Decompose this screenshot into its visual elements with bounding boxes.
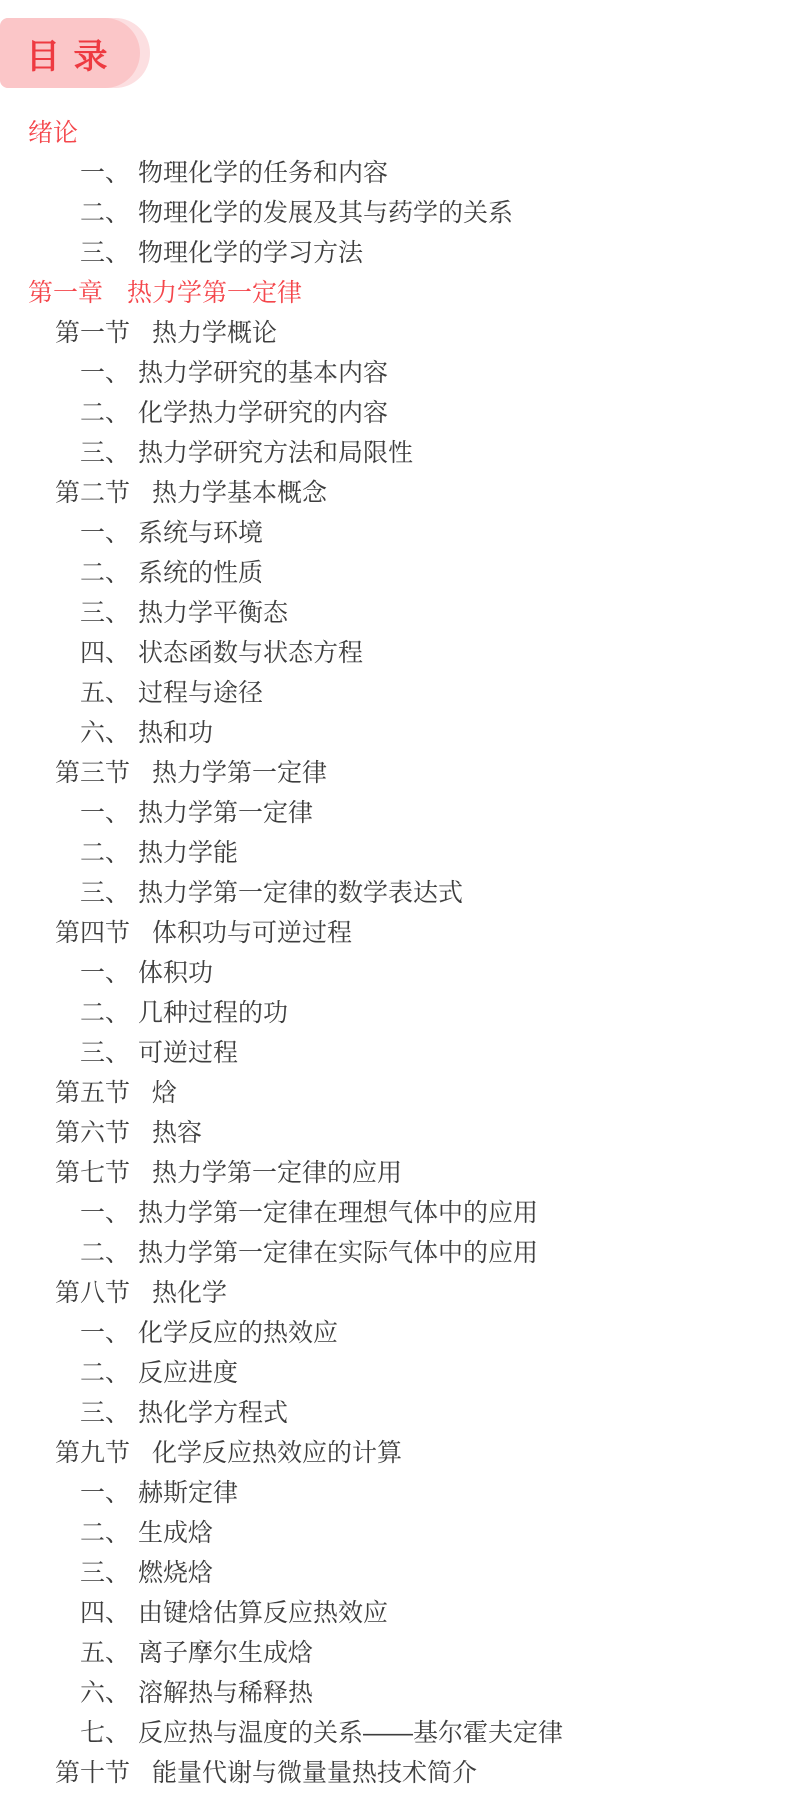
toc-item-row[interactable]: 二、系统的性质 xyxy=(0,553,790,593)
toc-item-title: 体积功 xyxy=(138,959,213,987)
toc-item-title: 生成焓 xyxy=(138,1519,213,1547)
toc-item-title: 热力学第一定律在实际气体中的应用 xyxy=(138,1239,538,1267)
toc-section-label: 第一节 xyxy=(55,319,130,347)
toc-item-number: 二、 xyxy=(80,1513,138,1553)
toc-item-row[interactable]: 三、热力学第一定律的数学表达式 xyxy=(0,873,790,913)
toc-item-number: 二、 xyxy=(80,833,138,873)
toc-item-number: 一、 xyxy=(80,153,138,193)
toc-item-row[interactable]: 三、热力学研究方法和局限性 xyxy=(0,433,790,473)
toc-section-row[interactable]: 第三节热力学第一定律 xyxy=(0,753,790,793)
toc-section-row[interactable]: 第二节热力学基本概念 xyxy=(0,473,790,513)
toc-item-number: 二、 xyxy=(80,1233,138,1273)
toc-section-row[interactable]: 第十节能量代谢与微量量热技术简介 xyxy=(0,1753,790,1793)
toc-item-row[interactable]: 三、热化学方程式 xyxy=(0,1393,790,1433)
toc-item-number: 五、 xyxy=(80,673,138,713)
toc-item-row[interactable]: 二、热力学能 xyxy=(0,833,790,873)
toc-item-title: 热力学能 xyxy=(138,839,238,867)
toc-section-title: 热力学第一定律的应用 xyxy=(152,1159,402,1187)
toc-section-title: 热化学 xyxy=(152,1279,227,1307)
toc-section-row[interactable]: 第六节热容 xyxy=(0,1113,790,1153)
toc-item-row[interactable]: 三、热力学平衡态 xyxy=(0,593,790,633)
toc-item-row[interactable]: 一、系统与环境 xyxy=(0,513,790,553)
toc-item-title: 反应进度 xyxy=(138,1359,238,1387)
toc-item-number: 一、 xyxy=(80,793,138,833)
toc-item-title: 溶解热与稀释热 xyxy=(138,1679,313,1707)
toc-item-row[interactable]: 二、物理化学的发展及其与药学的关系 xyxy=(0,193,790,233)
toc-item-title: 几种过程的功 xyxy=(138,999,288,1027)
toc-item-number: 二、 xyxy=(80,193,138,233)
toc-chapter-label: 第一章 xyxy=(28,279,103,307)
toc-item-title: 热力学研究的基本内容 xyxy=(138,359,388,387)
toc-section-row[interactable]: 第九节化学反应热效应的计算 xyxy=(0,1433,790,1473)
toc-item-row[interactable]: 一、热力学第一定律在理想气体中的应用 xyxy=(0,1193,790,1233)
toc-item-row[interactable]: 一、体积功 xyxy=(0,953,790,993)
toc-item-title: 热力学第一定律在理想气体中的应用 xyxy=(138,1199,538,1227)
toc-item-title: 燃烧焓 xyxy=(138,1559,213,1587)
toc-chapter-title: 热力学第一定律 xyxy=(127,279,302,307)
toc-item-title: 反应热与温度的关系——基尔霍夫定律 xyxy=(138,1719,563,1747)
toc-item-title: 化学热力学研究的内容 xyxy=(138,399,388,427)
toc-item-title: 热力学研究方法和局限性 xyxy=(138,439,413,467)
toc-item-title: 系统的性质 xyxy=(138,559,263,587)
toc-item-title: 由键焓估算反应热效应 xyxy=(138,1599,388,1627)
toc-item-number: 六、 xyxy=(80,713,138,753)
toc-item-number: 四、 xyxy=(80,1593,138,1633)
toc-item-title: 热化学方程式 xyxy=(138,1399,288,1427)
toc-item-number: 二、 xyxy=(80,393,138,433)
toc-section-label: 第九节 xyxy=(55,1439,130,1467)
toc-section-label: 第四节 xyxy=(55,919,130,947)
toc-item-title: 过程与途径 xyxy=(138,679,263,707)
toc-badge: 目 录 xyxy=(0,18,140,88)
toc-chapter-row[interactable]: 绪论 xyxy=(0,113,790,153)
toc-item-number: 一、 xyxy=(80,1473,138,1513)
toc-item-number: 一、 xyxy=(80,1193,138,1233)
toc-item-title: 可逆过程 xyxy=(138,1039,238,1067)
toc-item-row[interactable]: 三、物理化学的学习方法 xyxy=(0,233,790,273)
toc-item-row[interactable]: 五、离子摩尔生成焓 xyxy=(0,1633,790,1673)
toc-section-label: 第三节 xyxy=(55,759,130,787)
toc-item-title: 热力学第一定律的数学表达式 xyxy=(138,879,463,907)
toc-item-row[interactable]: 二、几种过程的功 xyxy=(0,993,790,1033)
toc-item-row[interactable]: 一、热力学研究的基本内容 xyxy=(0,353,790,393)
toc-section-label: 第二节 xyxy=(55,479,130,507)
toc-item-row[interactable]: 二、热力学第一定律在实际气体中的应用 xyxy=(0,1233,790,1273)
toc-item-number: 三、 xyxy=(80,233,138,273)
toc-item-number: 三、 xyxy=(80,593,138,633)
toc-item-row[interactable]: 五、过程与途径 xyxy=(0,673,790,713)
toc-section-title: 热力学第一定律 xyxy=(152,759,327,787)
toc-item-title: 热和功 xyxy=(138,719,213,747)
toc-section-label: 第十节 xyxy=(55,1759,130,1787)
toc-item-row[interactable]: 一、热力学第一定律 xyxy=(0,793,790,833)
toc-section-title: 体积功与可逆过程 xyxy=(152,919,352,947)
toc-item-number: 二、 xyxy=(80,1353,138,1393)
toc-item-row[interactable]: 四、由键焓估算反应热效应 xyxy=(0,1593,790,1633)
toc-section-row[interactable]: 第七节热力学第一定律的应用 xyxy=(0,1153,790,1193)
toc-section-title: 热力学基本概念 xyxy=(152,479,327,507)
toc-item-title: 热力学第一定律 xyxy=(138,799,313,827)
toc-item-number: 一、 xyxy=(80,353,138,393)
toc-item-number: 三、 xyxy=(80,433,138,473)
toc-chapter-row[interactable]: 第一章热力学第一定律 xyxy=(0,273,790,313)
toc-item-number: 二、 xyxy=(80,993,138,1033)
toc-item-number: 五、 xyxy=(80,1633,138,1673)
toc-item-number: 二、 xyxy=(80,553,138,593)
toc-item-number: 一、 xyxy=(80,513,138,553)
toc-section-title: 能量代谢与微量量热技术简介 xyxy=(152,1759,477,1787)
toc-item-row[interactable]: 一、化学反应的热效应 xyxy=(0,1313,790,1353)
toc-item-title: 热力学平衡态 xyxy=(138,599,288,627)
toc-item-number: 七、 xyxy=(80,1713,138,1753)
toc-item-number: 四、 xyxy=(80,633,138,673)
toc-item-row[interactable]: 三、可逆过程 xyxy=(0,1033,790,1073)
toc-item-title: 物理化学的发展及其与药学的关系 xyxy=(138,199,513,227)
toc-item-number: 三、 xyxy=(80,1553,138,1593)
toc-item-number: 三、 xyxy=(80,873,138,913)
toc-item-title: 物理化学的学习方法 xyxy=(138,239,363,267)
toc-item-title: 离子摩尔生成焓 xyxy=(138,1639,313,1667)
toc-section-title: 热力学概论 xyxy=(152,319,277,347)
toc-item-title: 系统与环境 xyxy=(138,519,263,547)
toc-item-title: 赫斯定律 xyxy=(138,1479,238,1507)
toc-item-number: 一、 xyxy=(80,1313,138,1353)
toc-item-row[interactable]: 一、物理化学的任务和内容 xyxy=(0,153,790,193)
toc-item-number: 三、 xyxy=(80,1033,138,1073)
toc-section-label: 第五节 xyxy=(55,1079,130,1107)
toc-item-row[interactable]: 二、生成焓 xyxy=(0,1513,790,1553)
toc-section-title: 焓 xyxy=(152,1079,177,1107)
toc-section-label: 第七节 xyxy=(55,1159,130,1187)
toc-item-row[interactable]: 三、燃烧焓 xyxy=(0,1553,790,1593)
toc-section-row[interactable]: 第一节热力学概论 xyxy=(0,313,790,353)
toc-item-row[interactable]: 六、热和功 xyxy=(0,713,790,753)
toc-item-row[interactable]: 二、化学热力学研究的内容 xyxy=(0,393,790,433)
toc-section-row[interactable]: 第四节体积功与可逆过程 xyxy=(0,913,790,953)
toc-section-row[interactable]: 第五节焓 xyxy=(0,1073,790,1113)
toc-item-row[interactable]: 四、状态函数与状态方程 xyxy=(0,633,790,673)
toc-badge-label: 目 录 xyxy=(0,29,109,78)
toc-item-number: 一、 xyxy=(80,953,138,993)
toc-item-row[interactable]: 七、反应热与温度的关系——基尔霍夫定律 xyxy=(0,1713,790,1753)
toc-item-title: 物理化学的任务和内容 xyxy=(138,159,388,187)
toc-chapter-label: 绪论 xyxy=(28,119,78,147)
toc-item-number: 三、 xyxy=(80,1393,138,1433)
toc-item-row[interactable]: 六、溶解热与稀释热 xyxy=(0,1673,790,1713)
toc-section-title: 热容 xyxy=(152,1119,202,1147)
toc-item-title: 化学反应的热效应 xyxy=(138,1319,338,1347)
toc-item-row[interactable]: 二、反应进度 xyxy=(0,1353,790,1393)
toc-section-title: 化学反应热效应的计算 xyxy=(152,1439,402,1467)
toc-section-label: 第六节 xyxy=(55,1119,130,1147)
toc-list: 绪论 一、物理化学的任务和内容 二、物理化学的发展及其与药学的关系 三、物理化学… xyxy=(0,113,790,1793)
toc-section-label: 第八节 xyxy=(55,1279,130,1307)
toc-section-row[interactable]: 第八节热化学 xyxy=(0,1273,790,1313)
toc-item-row[interactable]: 一、赫斯定律 xyxy=(0,1473,790,1513)
toc-item-number: 六、 xyxy=(80,1673,138,1713)
toc-item-title: 状态函数与状态方程 xyxy=(138,639,363,667)
